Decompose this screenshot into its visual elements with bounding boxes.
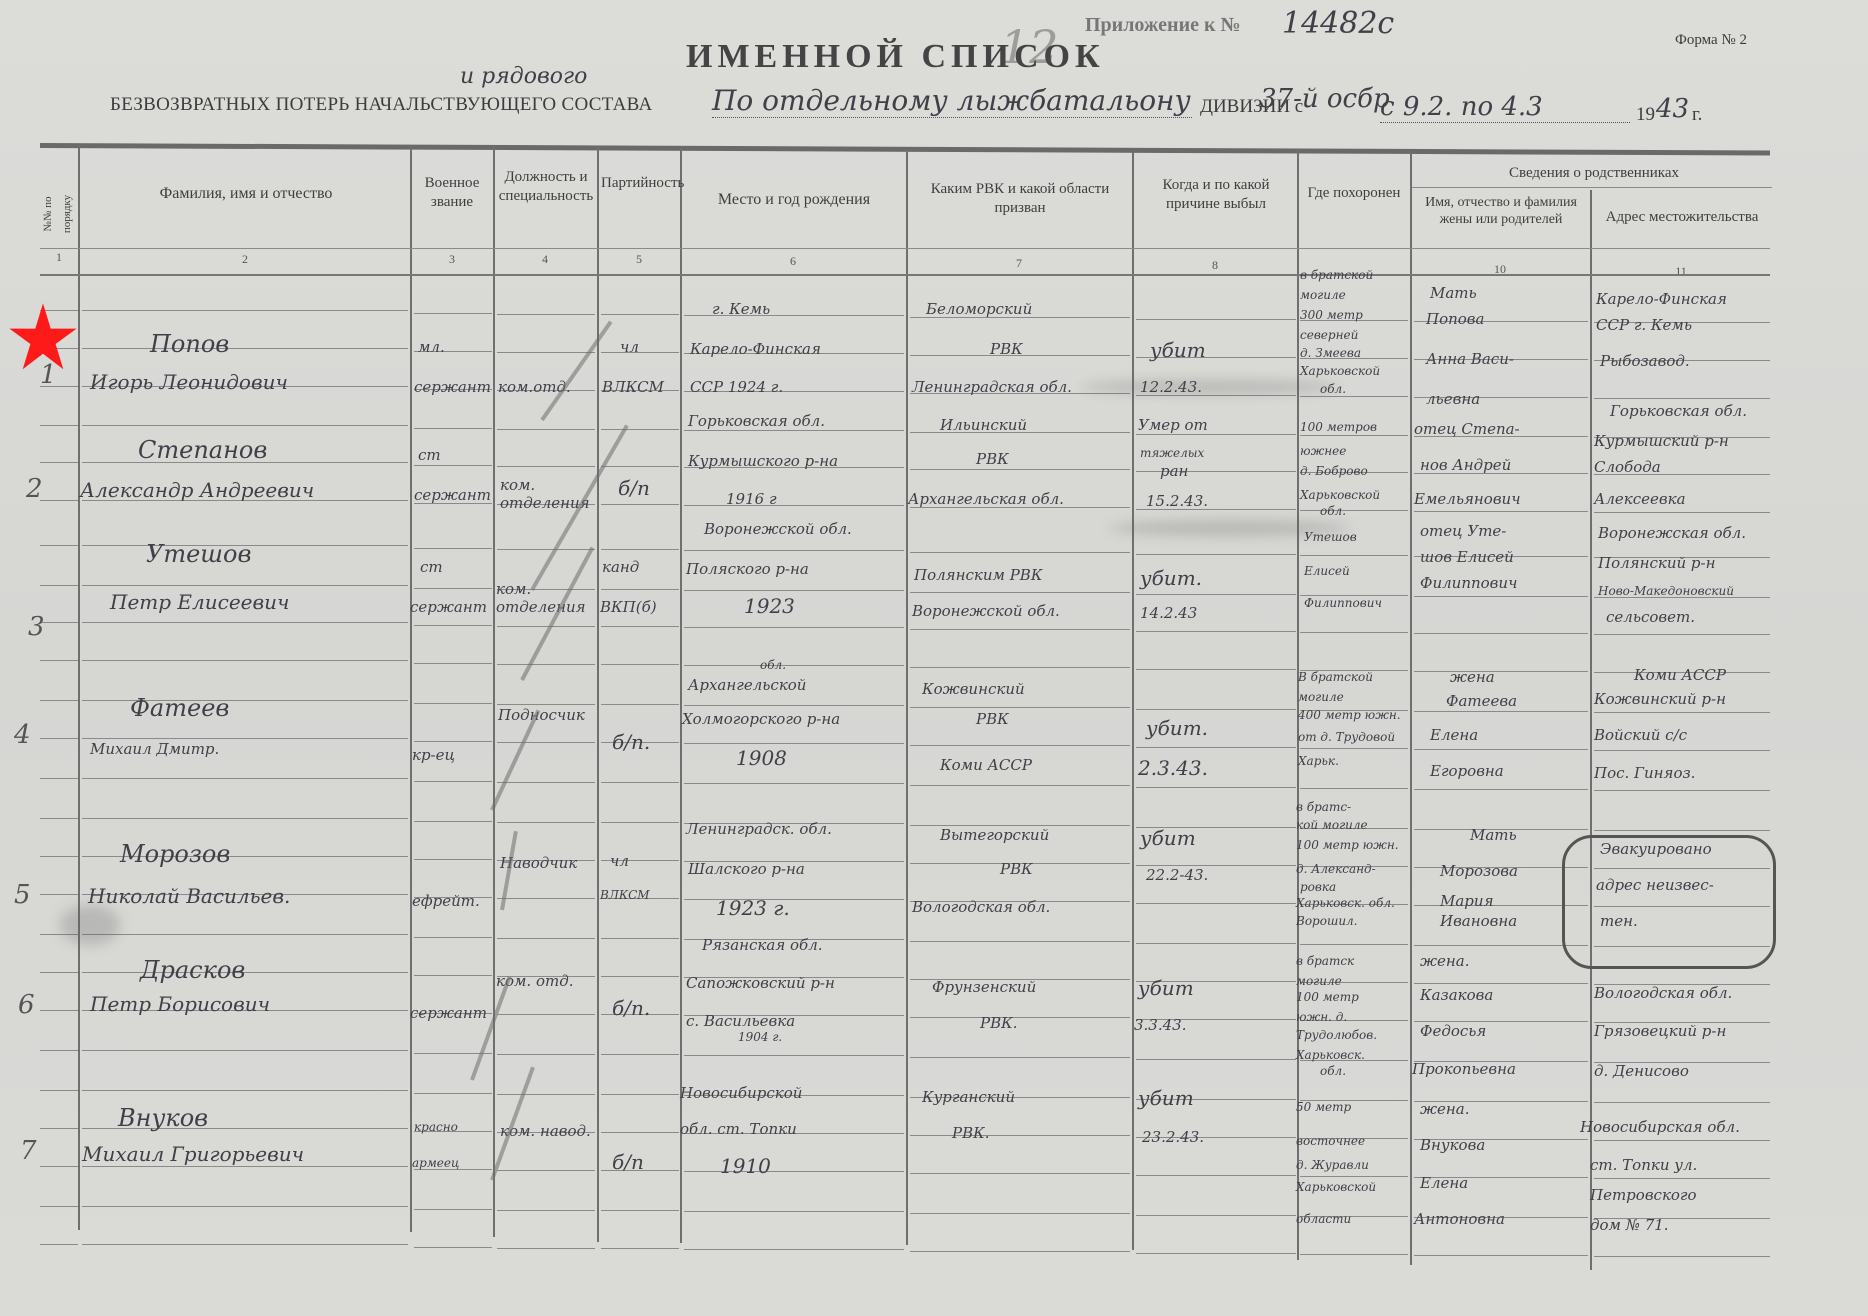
row-number: 2 (26, 474, 43, 504)
grid-line (1136, 709, 1296, 710)
burial: в братск (1296, 954, 1354, 968)
rvk: Ильинский (940, 416, 1027, 434)
grid-line (910, 785, 1130, 786)
given-name: Игорь Леонидович (90, 370, 288, 394)
burial: обл. (1320, 1064, 1346, 1078)
grid-line (414, 588, 492, 589)
burial: Харьковской (1300, 364, 1380, 378)
grid-line (40, 660, 78, 661)
grid-line (40, 1090, 78, 1091)
address: Грязовецкий р-н (1594, 1022, 1726, 1040)
grid-line (1300, 1254, 1408, 1255)
grid-line (910, 1213, 1130, 1214)
address: Кожвинский р-н (1594, 690, 1726, 708)
grid-line (40, 462, 78, 463)
grid-line (414, 781, 492, 782)
burial: д. Боброво (1300, 464, 1368, 478)
surname: Попов (150, 330, 229, 358)
grid-line (1136, 1175, 1296, 1176)
grid-line (601, 429, 679, 430)
grid-line (82, 660, 408, 661)
birth: 1923 г. (716, 896, 790, 920)
rank: ст (418, 446, 441, 464)
grid-line (1136, 631, 1296, 632)
grid-line (40, 1206, 78, 1207)
col-header-1: №№ по порядку (39, 194, 77, 234)
col-number-4: 4 (495, 252, 595, 267)
grid-line (82, 818, 408, 819)
rvk: Коми АССР (940, 756, 1032, 774)
date: 22.2-43. (1146, 866, 1208, 884)
col-number-8: 8 (1134, 258, 1296, 273)
grid-line (1300, 748, 1408, 749)
cause: убит (1150, 338, 1206, 362)
position: ком. отделения (496, 580, 594, 616)
birth: Рязанская обл. (702, 936, 823, 954)
address: д. Денисово (1594, 1062, 1689, 1080)
grid-line (1414, 983, 1588, 984)
grid-line (40, 1166, 78, 1167)
address: Петровского (1590, 1186, 1697, 1204)
grid-line (40, 1244, 78, 1245)
relative: жена. (1420, 952, 1470, 970)
birth: Воронежской обл. (704, 520, 852, 538)
relative: Казакова (1420, 986, 1493, 1004)
rvk: Ленинградская обл. (912, 378, 1072, 396)
check-mark-icon (490, 709, 540, 810)
burial: ровка (1300, 880, 1336, 894)
burial: 400 метр южн. (1298, 708, 1401, 722)
burial: 100 метр (1296, 990, 1359, 1004)
grid-line (82, 778, 408, 779)
burial: Утешов (1304, 530, 1357, 544)
address: Карело-Финская (1596, 290, 1727, 308)
grid-line (497, 626, 595, 627)
relative: Ивановна (1440, 912, 1517, 930)
subtitle-printed: БЕЗВОЗВРАТНЫХ ПОТЕРЬ НАЧАЛЬСТВУЮЩЕГО СОС… (110, 94, 652, 116)
col-header-3: Военное звание (413, 174, 491, 212)
year-value: 43 (1656, 94, 1689, 124)
grid-line (497, 1210, 595, 1211)
grid-line (82, 1166, 408, 1167)
grid-line (684, 1249, 904, 1250)
party: б/п. (612, 730, 650, 754)
grid-line (910, 592, 1130, 593)
burial: обл. (1320, 504, 1346, 518)
rvk: Кожвинский (922, 680, 1025, 698)
surname: Драсков (140, 956, 245, 984)
grid-line (414, 663, 492, 664)
address: Ново-Македоновский (1598, 584, 1734, 598)
grid-line (82, 310, 408, 311)
birth: Сапожковский р-н (686, 974, 835, 992)
grid-line (414, 937, 492, 938)
burial: Филиппович (1304, 596, 1382, 610)
grid-line (1594, 830, 1770, 831)
relative: Мать (1430, 284, 1477, 302)
address: Воронежская обл. (1598, 524, 1746, 542)
grid-line (684, 550, 904, 551)
address: ст. Топки ул. (1590, 1156, 1697, 1174)
grid-line (1594, 398, 1770, 399)
appendix-label: Приложение к № (1085, 14, 1241, 37)
relative: Мария (1440, 892, 1494, 910)
burial: южнее (1300, 444, 1346, 458)
grid-line (1410, 150, 1412, 1265)
birth: Шалского р-на (688, 860, 805, 878)
grid-line (601, 352, 679, 353)
grid-line (601, 589, 679, 590)
division-value: 37-й осбр (1260, 84, 1390, 114)
address: дом № 71. (1590, 1216, 1669, 1234)
grid-line (40, 778, 78, 779)
birth: Карело-Финская (690, 340, 821, 358)
cause: Умер от (1138, 416, 1208, 434)
date: 12.2.43. (1140, 378, 1202, 396)
address: сельсовет. (1606, 608, 1695, 626)
grid-line (1132, 150, 1134, 1250)
burial: от д. Трудовой (1298, 730, 1395, 744)
grid-line (497, 742, 595, 743)
given-name: Михаил Григорьевич (82, 1142, 304, 1166)
grid-line (1412, 187, 1772, 188)
burial: обл. (1320, 382, 1346, 396)
col-number-1: 1 (40, 250, 78, 265)
burial: южн. д. (1296, 1010, 1347, 1024)
rank: сержант (410, 1004, 487, 1022)
grid-line (1594, 512, 1770, 513)
rank: ефрейт. (412, 892, 480, 910)
col-header-2: Фамилия, имя и отчество (82, 184, 410, 203)
rvk: РВК. (980, 1014, 1018, 1032)
col-header-11: Адрес местожительства (1594, 208, 1770, 227)
grid-line (414, 975, 492, 976)
grid-line (1136, 434, 1296, 435)
burial: могиле (1300, 288, 1346, 302)
rank: армеец (412, 1156, 459, 1170)
grid-line (1300, 510, 1408, 511)
grid-line (910, 1173, 1130, 1174)
grid-line (82, 1244, 408, 1245)
grid-line (414, 859, 492, 860)
grid-line (601, 782, 679, 783)
birth: Холмогорского р-на (682, 710, 840, 728)
grid-line (1414, 1255, 1588, 1256)
burial: д. Змеева (1300, 346, 1361, 360)
col-header-5: Партийность (601, 174, 679, 193)
grid-line (40, 1128, 78, 1129)
grid-line (684, 1055, 904, 1056)
grid-line (414, 1247, 492, 1248)
relative: льевна (1426, 390, 1480, 408)
grid-line (684, 665, 904, 666)
grid-line (910, 552, 1130, 553)
birth: Поляского р-на (686, 560, 809, 578)
burial: д. Журавли (1296, 1158, 1369, 1172)
cause: убит (1138, 976, 1194, 1000)
col-number-5: 5 (599, 252, 679, 267)
grid-line (497, 782, 595, 783)
grid-line (1414, 671, 1588, 672)
grid-line (414, 1093, 492, 1094)
date: 2.3.43. (1138, 756, 1208, 780)
relative: жена (1450, 668, 1495, 686)
grid-line (601, 1248, 679, 1249)
grid-line (601, 504, 679, 505)
col-header-4: Должность и специальность (497, 168, 595, 206)
grid-line (1136, 319, 1296, 320)
address: Слобода (1594, 458, 1661, 476)
grid-line (601, 314, 679, 315)
grid-line (1414, 633, 1588, 634)
rvk: РВК. (952, 1124, 990, 1142)
grid-line (910, 1135, 1130, 1136)
burial: могиле (1296, 974, 1342, 988)
grid-line (1414, 596, 1588, 597)
birth: 1910 (720, 1154, 771, 1178)
grid-line (1136, 554, 1296, 555)
row-number: 4 (14, 720, 31, 750)
address: ССР г. Кемь (1596, 316, 1692, 334)
row-number: 1 (40, 360, 57, 390)
grid-line (497, 466, 595, 467)
form-number: Форма № 2 (1675, 32, 1747, 49)
birth: 1908 (736, 746, 787, 770)
rvk: Вологодская обл. (912, 898, 1050, 916)
rank: сержант (410, 598, 487, 616)
burial: 300 метр (1300, 308, 1363, 322)
relative: отец Степа- (1414, 420, 1520, 438)
relative: отец Уте- (1420, 522, 1506, 540)
grid-line (601, 976, 679, 977)
party: б/п (618, 476, 650, 500)
grid-line (910, 667, 1130, 668)
grid-line (82, 1090, 408, 1091)
rvk: РВК (990, 340, 1023, 358)
rvk: Вытегорский (940, 826, 1049, 844)
grid-line (497, 938, 595, 939)
grid-line (684, 430, 904, 431)
relative: Внукова (1420, 1136, 1485, 1154)
given-name: Михаил Дмитр. (90, 740, 219, 758)
cause: убит. (1140, 566, 1202, 590)
burial: в братской (1300, 268, 1373, 282)
col-number-11: 11 (1592, 264, 1770, 279)
grid-line (684, 505, 904, 506)
party: канд (602, 558, 639, 576)
col-header-7: Каким РВК и какой области призван (910, 180, 1130, 218)
grid-line (1300, 435, 1408, 436)
grid-line (497, 1094, 595, 1095)
grid-line (684, 590, 904, 591)
party: ВКП(б) (600, 598, 657, 616)
grid-line (40, 1010, 78, 1011)
grid-line (40, 856, 78, 857)
address: Новосибирская обл. (1580, 1118, 1740, 1136)
grid-line (1414, 711, 1588, 712)
relative: шов Елисей (1420, 548, 1514, 566)
stamp-number: 12 (1000, 20, 1059, 74)
birth: Архангельской (688, 676, 806, 694)
rank: ст (420, 558, 443, 576)
subtitle-insert: и рядового (460, 64, 587, 89)
row-number: 7 (20, 1136, 37, 1166)
grid-line (684, 783, 904, 784)
burial: Харьковской (1296, 1180, 1376, 1194)
grid-line (601, 1210, 679, 1211)
party: чл (610, 852, 629, 870)
period-value: с 9.2. по 4.3 (1380, 92, 1630, 123)
grid-line (414, 741, 492, 742)
date: 15.2.43. (1146, 492, 1208, 510)
surname: Внуков (118, 1104, 208, 1132)
grid-line (497, 429, 595, 430)
grid-line (601, 626, 679, 627)
address: Пос. Гиняоз. (1594, 764, 1695, 782)
cause: тяжелых (1140, 446, 1204, 460)
grid-line (601, 938, 679, 939)
position: Подносчик (498, 706, 585, 724)
grid-line (414, 703, 492, 704)
ink-smudge (1080, 380, 1340, 394)
grid-line (1594, 1178, 1770, 1179)
birth: Ленинградск. обл. (686, 820, 832, 838)
birth: Горьковская обл. (688, 412, 825, 430)
grid-line (497, 1170, 595, 1171)
burial: 50 метр (1296, 1100, 1351, 1114)
grid-line (1590, 190, 1592, 1270)
birth: 1923 (744, 594, 795, 618)
grid-line (1136, 903, 1296, 904)
grid-line (910, 941, 1130, 942)
check-mark-icon (540, 321, 612, 422)
grid-line (497, 898, 595, 899)
birth: Новосибирской (680, 1084, 802, 1102)
col-number-3: 3 (412, 252, 492, 267)
address: Вологодская обл. (1594, 984, 1732, 1002)
party: б/п. (612, 996, 650, 1020)
col-header-10: Имя, отчество и фамилия жены или родител… (1414, 194, 1588, 228)
rvk: Архангельская обл. (908, 490, 1064, 508)
grid-line (1594, 790, 1770, 791)
grid-line (414, 548, 492, 549)
grid-line (1594, 634, 1770, 635)
surname: Степанов (138, 436, 267, 464)
cause: ран (1160, 462, 1188, 480)
col-header-9: Где похоронен (1300, 184, 1408, 203)
grid-line (1300, 944, 1408, 945)
grid-line (40, 274, 1770, 276)
relative: Антоновна (1414, 1210, 1505, 1228)
grid-line (601, 704, 679, 705)
appendix-number: 14482с (1282, 6, 1394, 41)
rvk: РВК (1000, 860, 1033, 878)
cause: убит (1138, 1086, 1194, 1110)
grid-line (910, 745, 1130, 746)
rvk: Курганский (922, 1088, 1015, 1106)
grid-line (1136, 1215, 1296, 1216)
grid-line (82, 934, 408, 935)
grid-line (1594, 1102, 1770, 1103)
grid-line (1594, 750, 1770, 751)
rvk: Беломорский (926, 300, 1032, 318)
relative: Мать (1470, 826, 1517, 844)
row-number: 5 (14, 880, 31, 910)
grid-line (414, 1209, 492, 1210)
burial: Харьковск. обл. (1296, 896, 1395, 910)
burial: Харьковской (1300, 488, 1380, 502)
grid-line (601, 1054, 679, 1055)
grid-line (601, 822, 679, 823)
address: Коми АССР (1634, 666, 1726, 684)
relative: Прокопьевна (1412, 1060, 1516, 1078)
grid-line (1300, 1176, 1408, 1177)
cause: убит. (1146, 716, 1208, 740)
grid-line (497, 549, 595, 550)
relative: Федосья (1420, 1022, 1486, 1040)
relative: Емельянович (1414, 490, 1521, 508)
grid-line (1136, 943, 1296, 944)
burial: 100 метр южн. (1296, 838, 1399, 852)
grid-line (1136, 747, 1296, 748)
address: адрес неизвес- (1596, 876, 1714, 894)
grid-line (1297, 150, 1299, 1260)
given-name: Александр Андреевич (80, 478, 314, 502)
grid-line (82, 738, 408, 739)
col-header-6: Место и год рождения (684, 190, 904, 209)
col-number-6: 6 (682, 254, 904, 269)
grid-line (1300, 788, 1408, 789)
grid-line (1136, 1253, 1296, 1254)
party: чл (620, 338, 639, 356)
grid-line (40, 700, 78, 701)
grid-line (1136, 669, 1296, 670)
grid-line (497, 822, 595, 823)
grid-line (82, 622, 408, 623)
burial: могиле (1298, 690, 1344, 704)
grid-line (40, 585, 78, 586)
grid-line (410, 147, 412, 1232)
birth: обл. ст. Топки (680, 1120, 797, 1138)
burial: Трудолюбов. (1296, 1028, 1377, 1042)
grid-line (493, 147, 495, 1237)
relative: Елена (1420, 1174, 1468, 1192)
given-name: Николай Васильев. (88, 884, 290, 908)
grid-line (910, 469, 1130, 470)
surname: Утешов (146, 540, 251, 568)
rvk: Воронежской обл. (912, 602, 1060, 620)
burial: В братской (1298, 670, 1373, 684)
document-page: ИМЕННОЙ СПИСОК Приложение к № 14482с 12 … (0, 0, 1868, 1316)
grid-line (497, 664, 595, 665)
grid-line (1136, 1059, 1296, 1060)
burial: восточнее (1296, 1134, 1365, 1148)
grid-line (1136, 594, 1296, 595)
grid-line (40, 894, 78, 895)
burial: Харьк. (1298, 754, 1339, 768)
grid-line (1300, 396, 1408, 397)
rank: мл. (418, 338, 445, 356)
relative: нов Андрей (1420, 456, 1511, 474)
relative: Елена (1430, 726, 1478, 744)
grid-line (684, 627, 904, 628)
relative: жена. (1420, 1100, 1470, 1118)
party: ВЛКСМ (600, 888, 650, 902)
grid-line (1414, 511, 1588, 512)
grid-line (1300, 632, 1408, 633)
grid-line (910, 1057, 1130, 1058)
grid-line (601, 664, 679, 665)
